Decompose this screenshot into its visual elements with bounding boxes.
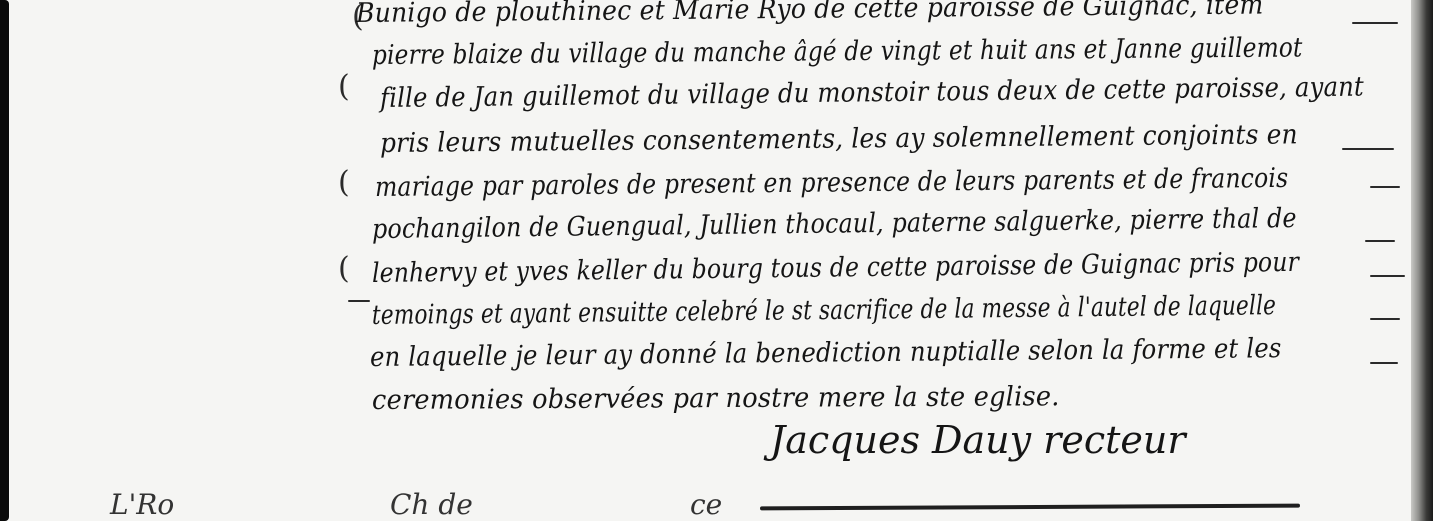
text-line-3: fille de Jan guillemot du village du mon… [380,72,1364,114]
text-line-4: pris leurs mutuelles consentements, les … [380,119,1298,159]
line-filler-dash [1370,318,1400,320]
text-line-9: en laquelle je leur ay donné la benedict… [370,333,1282,373]
next-entry-fragment: Ch de [390,488,473,521]
page-binding-edge [0,0,9,521]
entry-separator-rule [760,504,1300,511]
text-line-8: temoings et ayant ensuitte celebré le st… [372,290,1276,331]
line-filler-dash [1365,240,1395,242]
margin-bracket: ( [338,168,350,198]
document-scan: ( ( ( ( Bunigo de plouthinec et Marie Ry… [0,0,1433,521]
margin-bracket: ( [338,254,350,284]
text-line-2: pierre blaize du village du manche âgé d… [372,32,1303,71]
text-line-7: lenhervy et yves keller du bourg tous de… [372,247,1299,289]
next-entry-fragment: ce [690,488,722,521]
next-entry-fragment: L'Ro [110,488,174,521]
page-right-edge [1411,0,1433,521]
line-filler-dash [1370,186,1400,188]
line-filler-dash [1370,362,1398,364]
text-line-1: Bunigo de plouthinec et Marie Ryo de cet… [356,0,1264,29]
line-filler-dash [1342,148,1394,150]
text-line-5: mariage par paroles de present en presen… [375,163,1289,203]
line-filler-dash [1352,22,1398,24]
line-filler-dash [348,300,370,302]
line-filler-dash [1370,275,1405,277]
rector-signature: Jacques Dauy recteur [770,418,1186,462]
margin-bracket: ( [338,72,350,102]
text-line-10: ceremonies observées par nostre mere la … [372,381,1060,416]
text-line-6: pochangilon de Guengual, Jullien thocaul… [372,203,1297,245]
